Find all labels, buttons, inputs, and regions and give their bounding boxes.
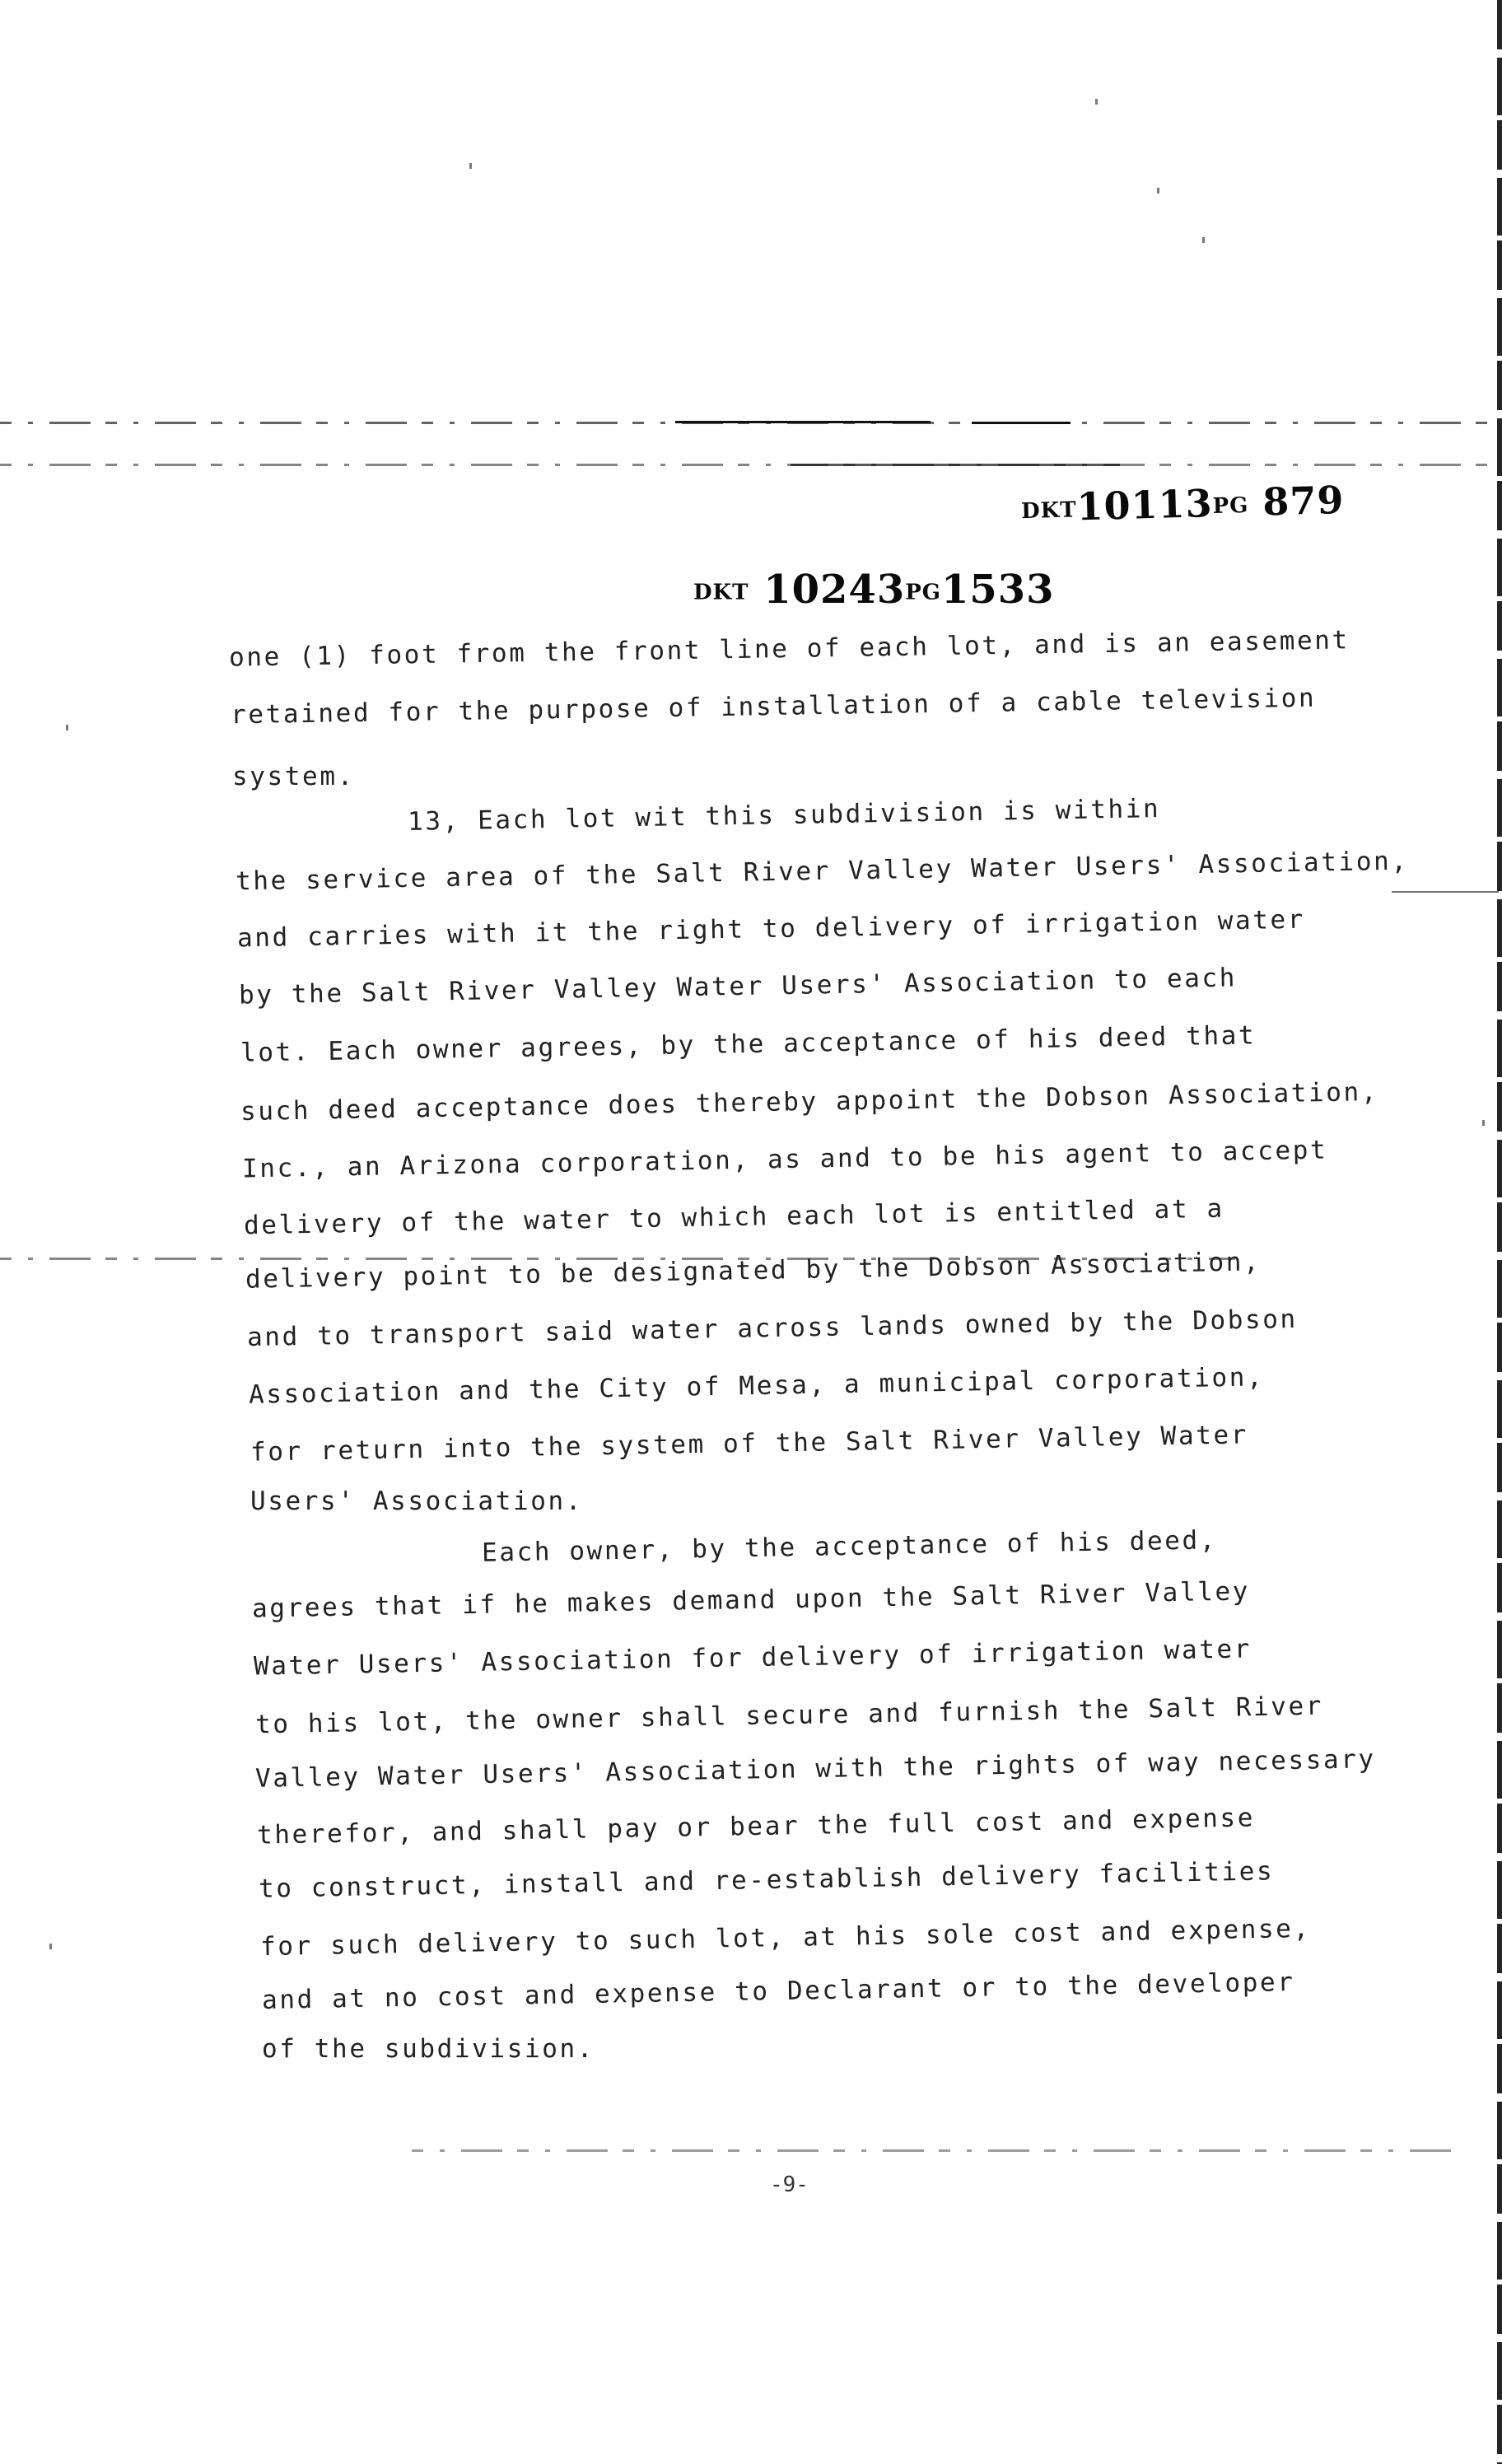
scan-artifact-rule: [675, 421, 931, 423]
text-line: for such delivery to such lot, at his so…: [260, 1914, 1311, 1962]
scan-artifact-rule: [1392, 891, 1499, 893]
scan-speck: [66, 725, 68, 730]
text-line: by the Salt River Valley Water Users' As…: [239, 963, 1237, 1010]
scan-artifact-rule: [0, 464, 1502, 466]
text-line: the service area of the Salt River Valle…: [236, 847, 1409, 897]
text-line: to construct, install and re-establish d…: [259, 1856, 1275, 1904]
text-line: agrees that if he makes demand upon the …: [252, 1576, 1250, 1623]
document-page: DKT10113PG 879 DKT 10243PG1533 one (1) f…: [0, 0, 1502, 2464]
text-line: Association and the City of Mesa, a muni…: [249, 1362, 1265, 1410]
text-line: Inc., an Arizona corporation, as and to …: [242, 1135, 1328, 1183]
paragraph-start: Each owner, by the acceptance of his dee…: [482, 1525, 1218, 1568]
text-line: such deed acceptance does thereby appoin…: [240, 1077, 1379, 1127]
text-line: and at no cost and expense to Declarant …: [262, 1967, 1295, 2015]
text-line: for return into the system of the Salt R…: [250, 1420, 1248, 1467]
paragraph-13-start: 13, Each lot wit this subdivision is wit…: [408, 794, 1161, 837]
scan-edge-shadow: [1497, 0, 1502, 2464]
scan-speck: [1202, 237, 1205, 243]
docket-stamp-second: DKT 10243PG1533: [693, 567, 1055, 613]
text-line: lot. Each owner agrees, by the acceptanc…: [240, 1020, 1257, 1068]
text-line: Valley Water Users' Association with the…: [255, 1744, 1376, 1794]
text-line: one (1) foot from the front line of each…: [229, 625, 1350, 672]
text-line: therefor, and shall pay or bear the full…: [257, 1803, 1255, 1850]
scan-artifact-rule: [972, 422, 1071, 424]
text-line: to his lot, the owner shall secure and f…: [255, 1692, 1324, 1740]
text-line: delivery of the water to which each lot …: [244, 1194, 1224, 1241]
text-line: and carries with it the right to deliver…: [237, 905, 1306, 954]
text-line: of the subdivision.: [262, 2034, 595, 2064]
scan-speck: [1157, 188, 1159, 194]
page-number: -9-: [770, 2172, 809, 2197]
text-line: Users' Association.: [250, 1486, 583, 1516]
scan-speck: [469, 163, 472, 169]
text-line: Water Users' Association for delivery of…: [254, 1634, 1252, 1681]
scan-artifact-rule: [791, 464, 1120, 466]
text-line: and to transport said water across lands…: [247, 1304, 1298, 1352]
scan-artifact-rule: [412, 2149, 1466, 2152]
scan-speck: [49, 1944, 52, 1949]
text-line: retained for the purpose of installation…: [231, 684, 1317, 730]
text-line: delivery point to be designated by the D…: [245, 1247, 1262, 1295]
text-line: system.: [232, 762, 355, 791]
scan-speck: [1095, 99, 1098, 105]
docket-stamp-top: DKT10113PG 879: [1020, 478, 1345, 530]
scan-speck: [1482, 1120, 1485, 1126]
